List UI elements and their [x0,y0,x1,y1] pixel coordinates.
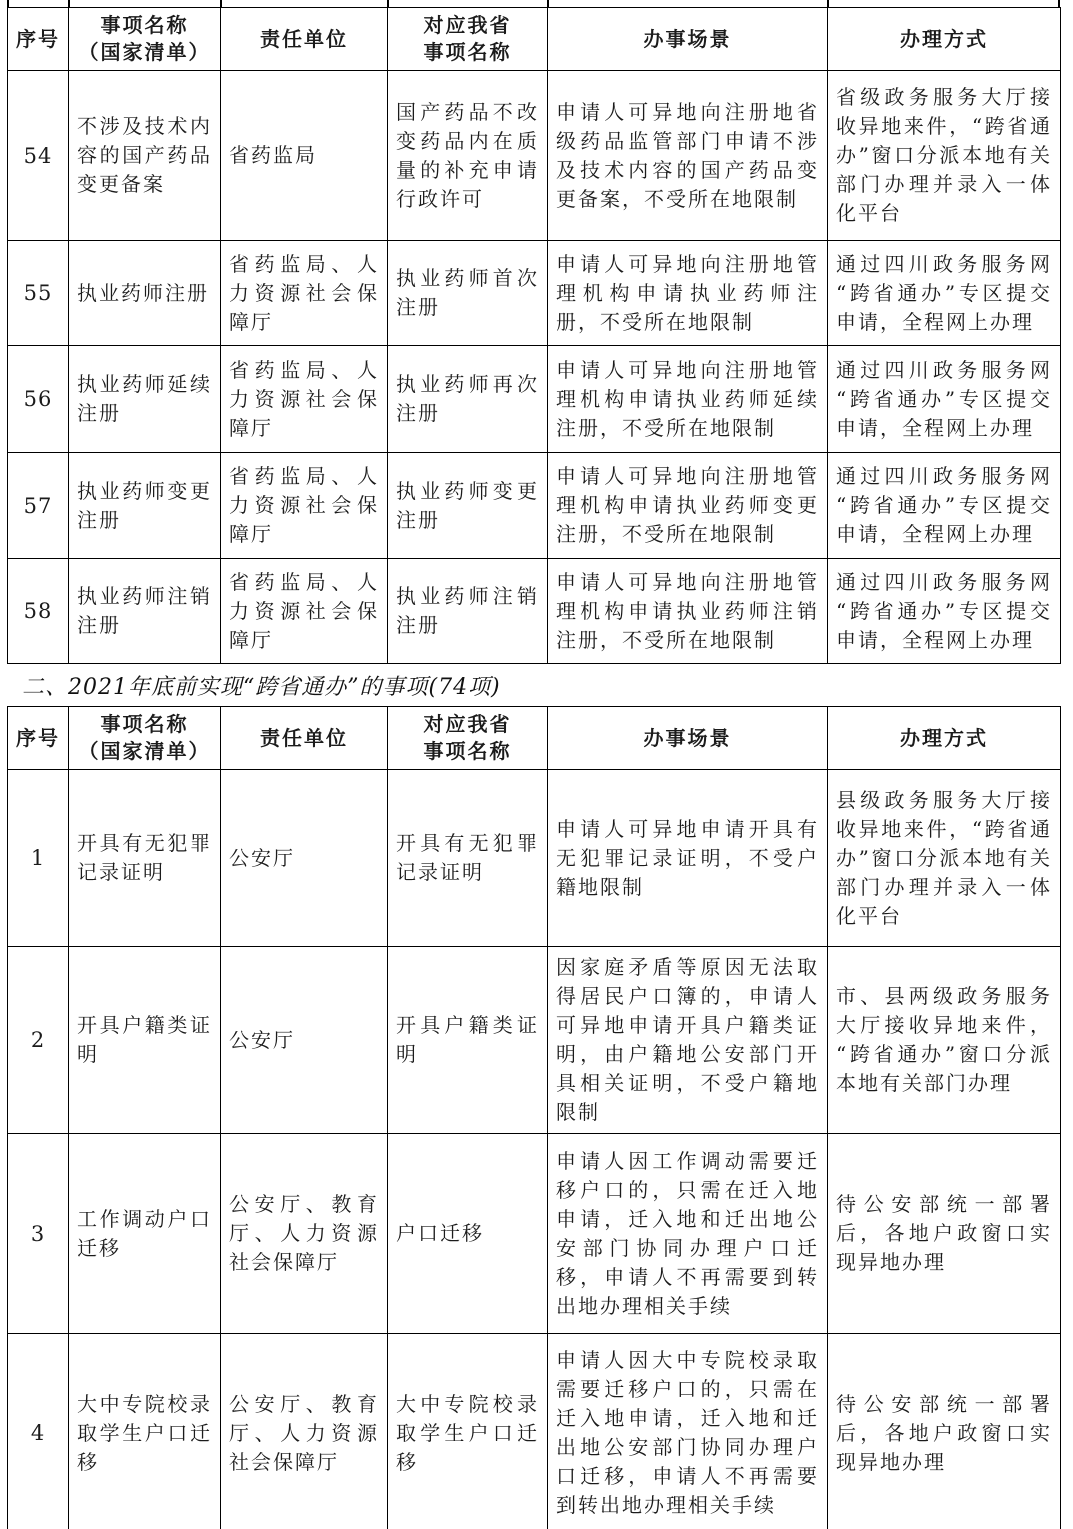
table-row: 2 开具户籍类证明 公安厅 开具户籍类证明 因家庭矛盾等原因无法取得居民户口簿的… [8,947,1061,1134]
header-item-name: 事项名称 （国家清单） [69,707,221,770]
cell-service-scenario: 申请人因工作调动需要迁移户口的，只需在迁入地申请，迁入地和迁出地公安部门协同办理… [548,1134,828,1334]
cell-item-name: 执业药师延续注册 [69,346,221,453]
table-row: 56 执业药师延续注册 省药监局、人力资源社会保障厅 执业药师再次注册 申请人可… [8,346,1061,453]
cell-item-name: 不涉及技术内容的国产药品变更备案 [69,71,221,241]
cell-service-scenario: 申请人可异地申请开具有无犯罪记录证明，不受户籍地限制 [548,770,828,947]
header-serial-number: 序号 [8,707,69,770]
table-header-row: 序号 事项名称 （国家清单） 责任单位 对应我省 事项名称 办事场景 办理方式 [8,707,1061,770]
header-province-item-name: 对应我省 事项名称 [388,707,548,770]
cell-serial-number: 4 [8,1334,69,1529]
header-handling-method: 办理方式 [828,8,1061,71]
cell-handling-method: 县级政务服务大厅接收异地来件，“跨省通办”窗口分派本地有关部门办理并录入一体化平… [828,770,1061,947]
cell-province-item-name: 执业药师首次注册 [388,241,548,346]
header-handling-method: 办理方式 [828,707,1061,770]
table-row: 54 不涉及技术内容的国产药品变更备案 省药监局 国产药品不改变药品内在质量的补… [8,71,1061,241]
cell-province-item-name: 国产药品不改变药品内在质量的补充申请行政许可 [388,71,548,241]
cell-service-scenario: 申请人可异地向注册地管理机构申请执业药师注销注册，不受所在地限制 [548,559,828,664]
cell-service-scenario: 申请人可异地向注册地省级药品监管部门申请不涉及技术内容的国产药品变更备案，不受所… [548,71,828,241]
header-responsible-unit: 责任单位 [221,707,388,770]
cell-serial-number: 56 [8,346,69,453]
cell-responsible-unit: 公安厅 [221,947,388,1134]
table-row: 58 执业药师注销注册 省药监局、人力资源社会保障厅 执业药师注销注册 申请人可… [8,559,1061,664]
table-continuation-stubs [7,0,1060,7]
cell-service-scenario: 申请人可异地向注册地管理机构申请执业药师注册，不受所在地限制 [548,241,828,346]
table-header-row: 序号 事项名称 （国家清单） 责任单位 对应我省 事项名称 办事场景 办理方式 [8,8,1061,71]
cell-serial-number: 1 [8,770,69,947]
cell-responsible-unit: 省药监局 [221,71,388,241]
cell-service-scenario: 因家庭矛盾等原因无法取得居民户口簿的，申请人可异地申请开具户籍类证明，由户籍地公… [548,947,828,1134]
table-row: 55 执业药师注册 省药监局、人力资源社会保障厅 执业药师首次注册 申请人可异地… [8,241,1061,346]
cell-item-name: 执业药师注销注册 [69,559,221,664]
cell-handling-method: 省级政务服务大厅接收异地来件，“跨省通办”窗口分派本地有关部门办理并录入一体化平… [828,71,1061,241]
cell-item-name: 大中专院校录取学生户口迁移 [69,1334,221,1529]
cell-province-item-name: 开具户籍类证明 [388,947,548,1134]
cell-responsible-unit: 省药监局、人力资源社会保障厅 [221,559,388,664]
cell-serial-number: 55 [8,241,69,346]
cell-handling-method: 通过四川政务服务网“跨省通办”专区提交申请，全程网上办理 [828,559,1061,664]
header-service-scenario: 办事场景 [548,707,828,770]
cell-handling-method: 通过四川政务服务网“跨省通办”专区提交申请，全程网上办理 [828,241,1061,346]
cell-province-item-name: 执业药师注销注册 [388,559,548,664]
cell-province-item-name: 户口迁移 [388,1134,548,1334]
document-page: 序号 事项名称 （国家清单） 责任单位 对应我省 事项名称 办事场景 办理方式 … [0,0,1073,1529]
header-item-name: 事项名称 （国家清单） [69,8,221,71]
items-table-batch2: 序号 事项名称 （国家清单） 责任单位 对应我省 事项名称 办事场景 办理方式 … [7,706,1061,1529]
cell-item-name: 开具有无犯罪记录证明 [69,770,221,947]
cell-serial-number: 54 [8,71,69,241]
header-responsible-unit: 责任单位 [221,8,388,71]
cell-responsible-unit: 公安厅、教育厅、人力资源社会保障厅 [221,1134,388,1334]
table-row: 1 开具有无犯罪记录证明 公安厅 开具有无犯罪记录证明 申请人可异地申请开具有无… [8,770,1061,947]
cell-responsible-unit: 省药监局、人力资源社会保障厅 [221,453,388,559]
cell-handling-method: 通过四川政务服务网“跨省通办”专区提交申请，全程网上办理 [828,346,1061,453]
cell-item-name: 执业药师注册 [69,241,221,346]
cell-province-item-name: 执业药师变更注册 [388,453,548,559]
items-table-batch1: 序号 事项名称 （国家清单） 责任单位 对应我省 事项名称 办事场景 办理方式 … [7,7,1061,664]
cell-serial-number: 3 [8,1134,69,1334]
cell-item-name: 开具户籍类证明 [69,947,221,1134]
cell-serial-number: 57 [8,453,69,559]
table-row: 57 执业药师变更注册 省药监局、人力资源社会保障厅 执业药师变更注册 申请人可… [8,453,1061,559]
cell-province-item-name: 执业药师再次注册 [388,346,548,453]
cell-handling-method: 通过四川政务服务网“跨省通办”专区提交申请，全程网上办理 [828,453,1061,559]
section-heading: 二、2021年底前实现“跨省通办”的事项(74项) [7,664,1060,706]
cell-responsible-unit: 公安厅 [221,770,388,947]
cell-item-name: 执业药师变更注册 [69,453,221,559]
cell-service-scenario: 申请人因大中专院校录取需要迁移户口的，只需在迁入地申请，迁入地和迁出地公安部门协… [548,1334,828,1529]
table-row: 4 大中专院校录取学生户口迁移 公安厅、教育厅、人力资源社会保障厅 大中专院校录… [8,1334,1061,1529]
cell-responsible-unit: 公安厅、教育厅、人力资源社会保障厅 [221,1334,388,1529]
cell-service-scenario: 申请人可异地向注册地管理机构申请执业药师变更注册，不受所在地限制 [548,453,828,559]
header-province-item-name: 对应我省 事项名称 [388,8,548,71]
cell-item-name: 工作调动户口迁移 [69,1134,221,1334]
cell-serial-number: 2 [8,947,69,1134]
cell-responsible-unit: 省药监局、人力资源社会保障厅 [221,241,388,346]
cell-province-item-name: 开具有无犯罪记录证明 [388,770,548,947]
cell-responsible-unit: 省药监局、人力资源社会保障厅 [221,346,388,453]
table-row: 3 工作调动户口迁移 公安厅、教育厅、人力资源社会保障厅 户口迁移 申请人因工作… [8,1134,1061,1334]
header-serial-number: 序号 [8,8,69,71]
cell-handling-method: 市、县两级政务服务大厅接收异地来件，“跨省通办”窗口分派本地有关部门办理 [828,947,1061,1134]
cell-province-item-name: 大中专院校录取学生户口迁移 [388,1334,548,1529]
cell-service-scenario: 申请人可异地向注册地管理机构申请执业药师延续注册，不受所在地限制 [548,346,828,453]
cell-handling-method: 待公安部统一部署后，各地户政窗口实现异地办理 [828,1134,1061,1334]
cell-serial-number: 58 [8,559,69,664]
cell-handling-method: 待公安部统一部署后，各地户政窗口实现异地办理 [828,1334,1061,1529]
header-service-scenario: 办事场景 [548,8,828,71]
